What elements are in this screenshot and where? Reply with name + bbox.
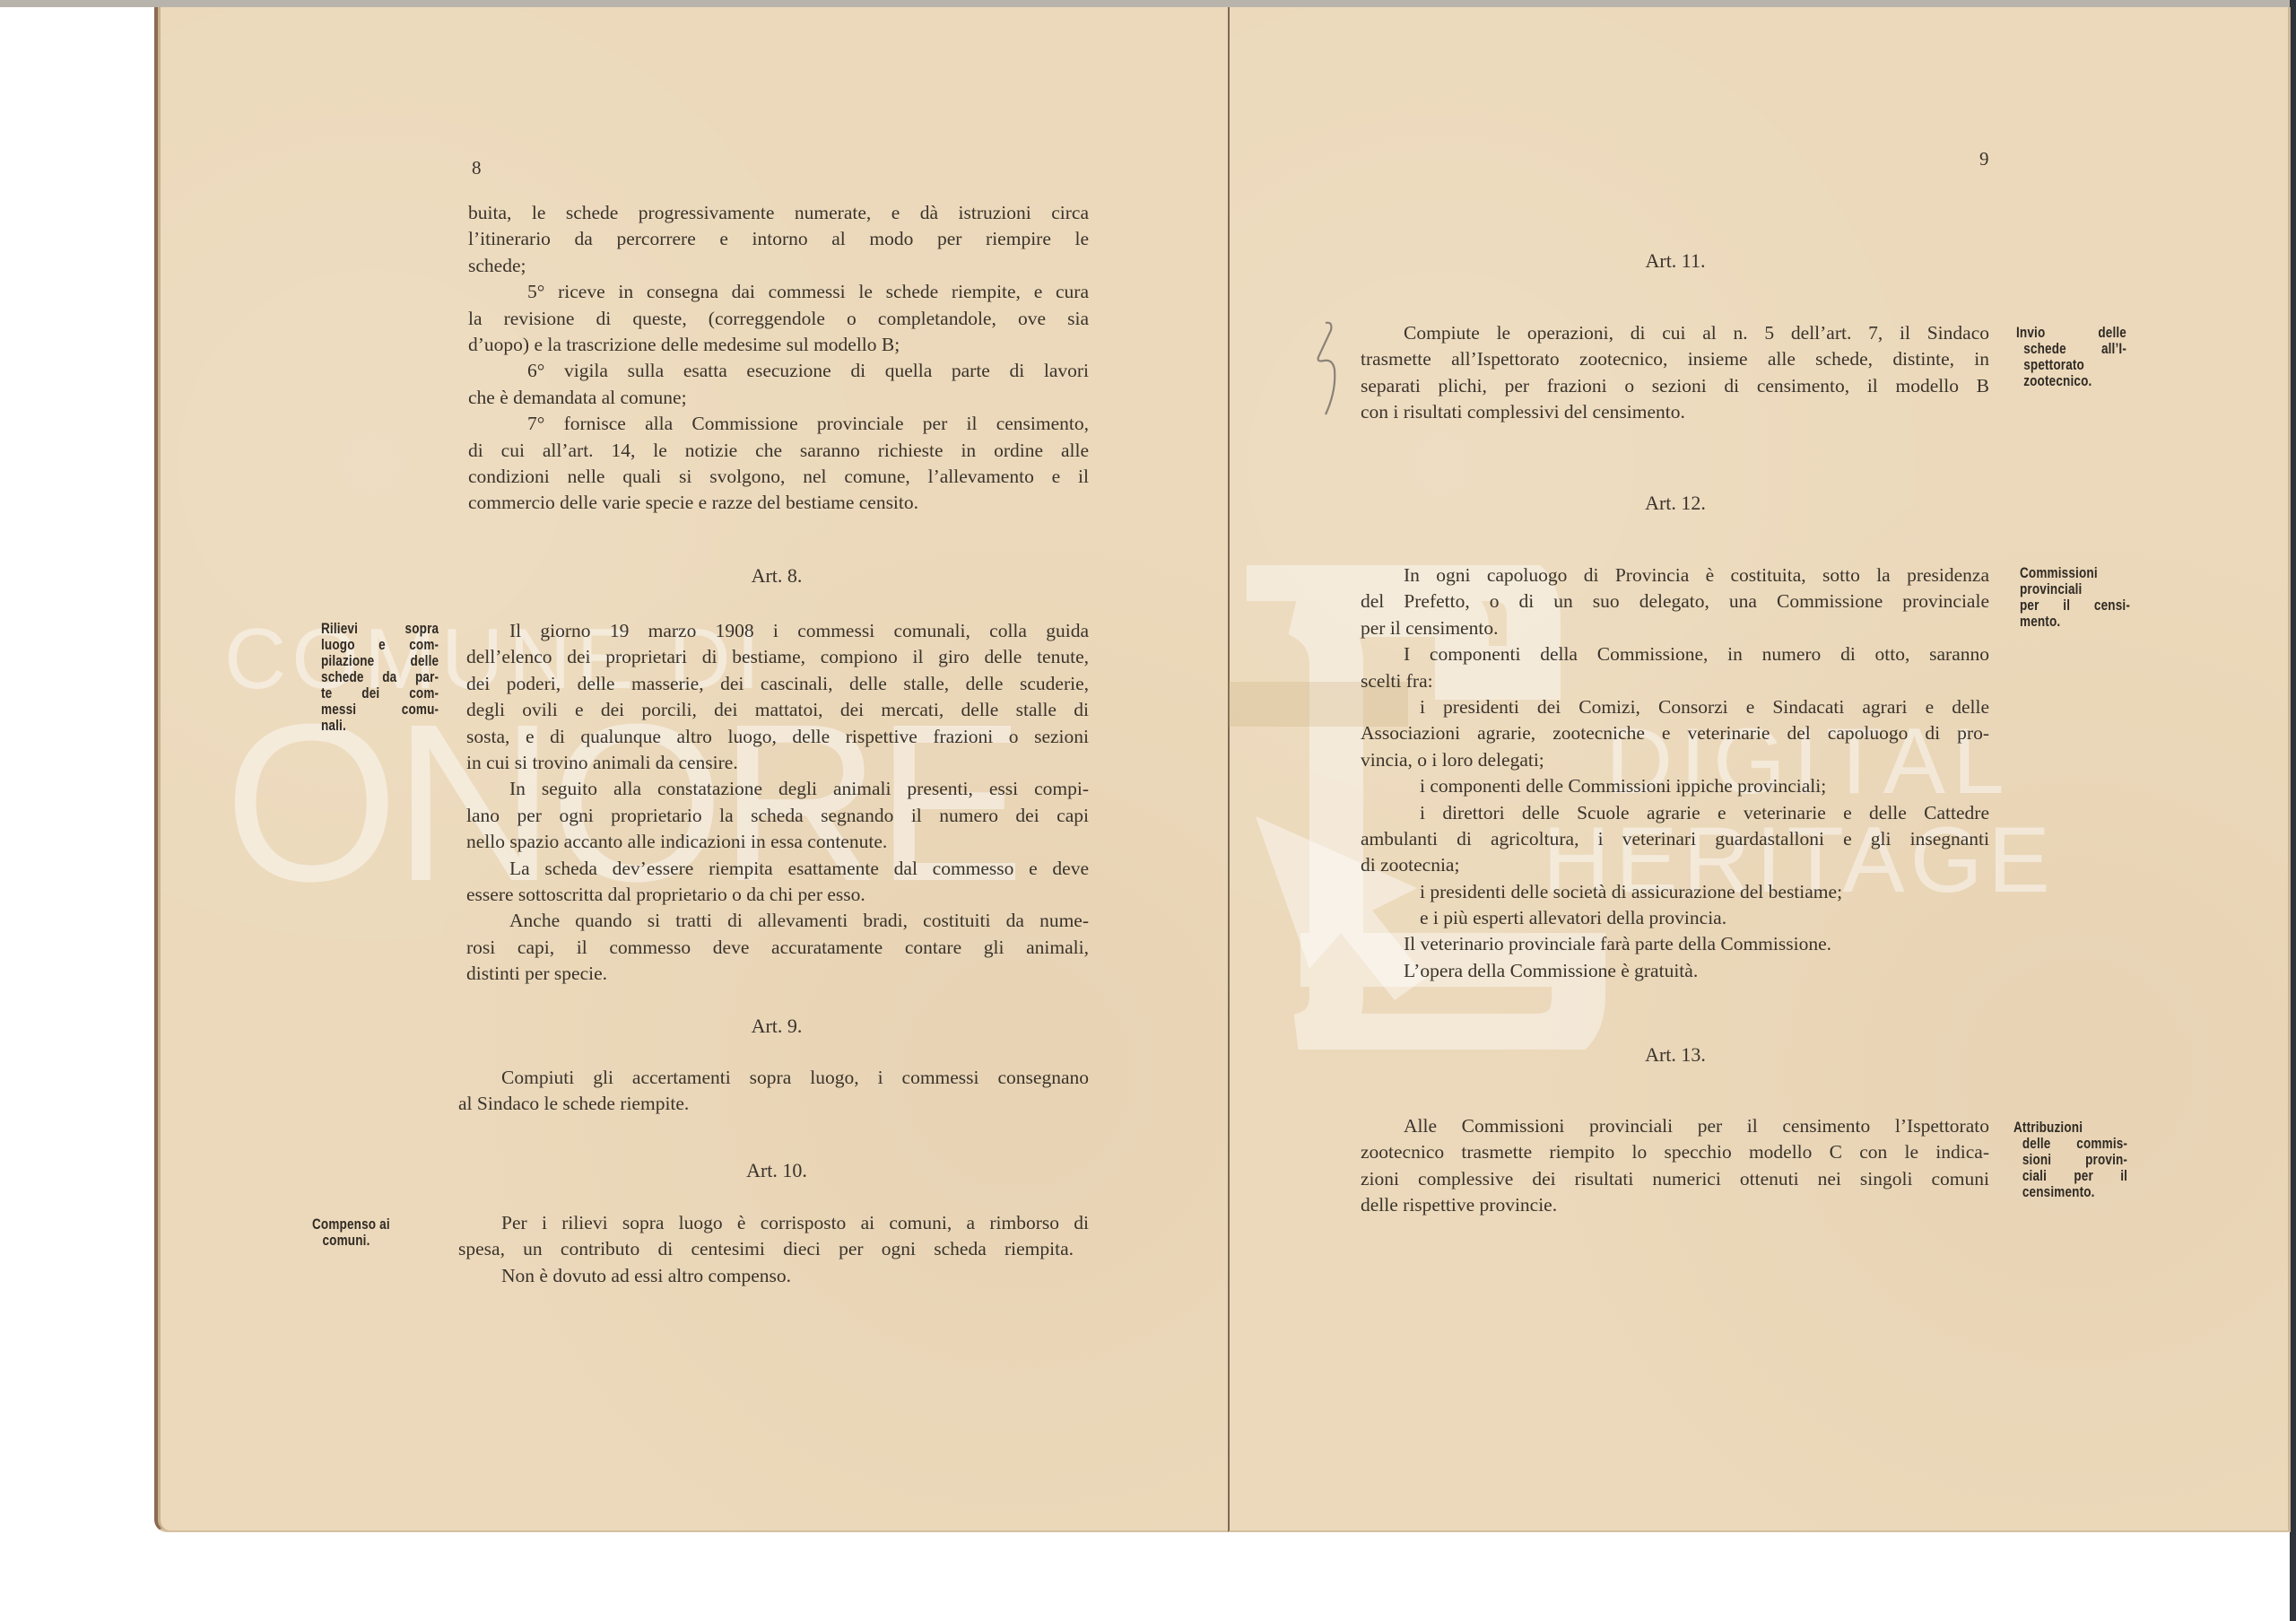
text-line: Compiute le operazioni, di cui al n. 5 d…	[1361, 320, 1989, 346]
text-line: distinti per specie.	[466, 961, 1089, 987]
page-number-left: 8	[472, 157, 482, 179]
text-line: separati plichi, per frazioni o sezioni …	[1361, 373, 1989, 399]
text-line: spesa, un contributo di centesimi dieci …	[458, 1236, 1074, 1262]
article-body-13: Alle Commissioni provinciali per il cens…	[1361, 1113, 1989, 1219]
text-line: Alle Commissioni provinciali per il cens…	[1361, 1113, 1989, 1139]
text-line: buita, le schede progressivamente numera…	[468, 200, 1089, 226]
text-line: zioni complessive dei risultati numerici…	[1361, 1166, 1989, 1192]
text-line: delle rispettive provincie.	[1361, 1192, 1989, 1218]
text-line: Non è dovuto ad essi altro compenso.	[458, 1263, 1089, 1289]
text-line: I componenti della Commissione, in numer…	[1361, 641, 1989, 667]
left-continuation-text: buita, le schede progressivamente numera…	[468, 200, 1089, 517]
text-line: di zootecnia;	[1361, 852, 1989, 878]
text-line: In seguito alla constatazione degli anim…	[466, 776, 1089, 802]
text-line: In ogni capoluogo di Provincia è costitu…	[1361, 562, 1989, 588]
text-line: i presidenti delle società di assicurazi…	[1361, 879, 1989, 905]
text-line: Anche quando si tratti di allevamenti br…	[466, 908, 1089, 934]
text-line: zootecnico trasmette riempito lo specchi…	[1361, 1139, 1989, 1165]
text-line: essere sottoscritta dal proprietario o d…	[466, 882, 1089, 908]
margin-note-art-10: Compenso ai comuni.	[312, 1216, 422, 1249]
text-line: vincia, o i loro delegati;	[1361, 747, 1989, 773]
text-line: La scheda dev’essere riempita esattament…	[466, 856, 1089, 882]
text-line: degli ovili e dei porcili, dei mattatoi,…	[466, 697, 1089, 723]
article-body-9: Compiuti gli accertamenti sopra luogo, i…	[458, 1065, 1089, 1118]
text-line: commercio delle varie specie e razze del…	[468, 490, 1089, 516]
article-heading-9: Art. 9.	[466, 1015, 1087, 1038]
text-line: Il giorno 19 marzo 1908 i commessi comun…	[466, 618, 1089, 644]
text-line: ambulanti di agricoltura, i veterinari g…	[1361, 826, 1989, 852]
margin-note-art-8: Rilievi sopra luogo e com- pilazione del…	[321, 621, 439, 734]
text-line: scelti fra:	[1361, 668, 1989, 694]
margin-note-art-13: Attribuzioni delle commis- sioni provin-…	[2013, 1120, 2127, 1200]
pencil-mark-icon	[1313, 321, 1349, 420]
text-line: rosi capi, il commesso deve accuratament…	[466, 935, 1089, 961]
text-line: lano per ogni proprietario la scheda seg…	[466, 803, 1089, 829]
text-line: 5° riceve in consegna dai commessi le sc…	[468, 279, 1089, 305]
text-line: la revisione di queste, (correggendole o…	[468, 306, 1089, 332]
text-line: e i più esperti allevatori della provinc…	[1361, 905, 1989, 931]
text-line: con i risultati complessivi del censimen…	[1361, 399, 1989, 425]
article-heading-13: Art. 13.	[1361, 1043, 1989, 1067]
scanner-right-edge	[2290, 0, 2296, 1621]
page-number-right: 9	[1979, 148, 1989, 170]
text-line: condizioni nelle quali si svolgono, nel …	[468, 464, 1089, 490]
text-line: Associazioni agrarie, zootecniche e vete…	[1361, 720, 1989, 746]
text-line: 6° vigila sulla esatta esecuzione di que…	[468, 358, 1089, 384]
text-line: schede;	[468, 253, 1089, 279]
article-body-11: Compiute le operazioni, di cui al n. 5 d…	[1361, 320, 1989, 426]
text-line: d’uopo) e la trascrizione delle medesime…	[468, 332, 1089, 358]
article-heading-10: Art. 10.	[466, 1159, 1087, 1182]
text-line: per il censimento.	[1361, 615, 1989, 641]
margin-note-art-11: Invio delle schede all’I- spettorato zoo…	[2016, 325, 2126, 389]
text-line: al Sindaco le schede riempite.	[458, 1091, 1089, 1117]
text-line: dell’elenco dei proprietari di bestiame,…	[466, 644, 1089, 670]
text-line: in cui si trovino animali da censire.	[466, 750, 1089, 776]
article-body-12: In ogni capoluogo di Provincia è costitu…	[1361, 562, 1989, 984]
text-line: Compiuti gli accertamenti sopra luogo, i…	[458, 1065, 1089, 1091]
text-line: Il veterinario provinciale farà parte de…	[1361, 931, 1989, 957]
text-line: che è demandata al comune;	[468, 385, 1089, 411]
text-line: L’opera della Commissione è gratuità.	[1361, 958, 1989, 984]
text-line: i presidenti dei Comizi, Consorzi e Sind…	[1361, 694, 1989, 720]
scanner-top-edge	[0, 0, 2296, 7]
article-body-10: Per i rilievi sopra luogo è corrisposto …	[458, 1210, 1089, 1289]
text-line: di cui all’art. 14, le notizie che saran…	[468, 438, 1089, 464]
article-heading-11: Art. 11.	[1361, 249, 1989, 273]
article-heading-8: Art. 8.	[466, 564, 1087, 588]
text-line: l’itinerario da percorrere e intorno al …	[468, 226, 1089, 252]
text-line: trasmette all’Ispettorato zootecnico, in…	[1361, 346, 1989, 372]
article-heading-12: Art. 12.	[1361, 492, 1989, 515]
text-line: sosta, e di qualunque altro luogo, delle…	[466, 724, 1089, 750]
text-line: i componenti delle Commissioni ippiche p…	[1361, 773, 1989, 799]
article-body-8: Il giorno 19 marzo 1908 i commessi comun…	[466, 618, 1089, 987]
text-line: dei poderi, delle masserie, dei cascinal…	[466, 671, 1089, 697]
text-line: del Prefetto, o di un suo delegato, una …	[1361, 588, 1989, 614]
text-line: 7° fornisce alla Commissione provinciale…	[468, 411, 1089, 437]
margin-note-art-12: Commissioni provinciali per il censi- me…	[2020, 565, 2130, 630]
text-line: i direttori delle Scuole agrarie e veter…	[1361, 800, 1989, 826]
text-line: nello spazio accanto alle indicazioni in…	[466, 829, 1089, 855]
text-line: Per i rilievi sopra luogo è corrisposto …	[458, 1210, 1089, 1236]
